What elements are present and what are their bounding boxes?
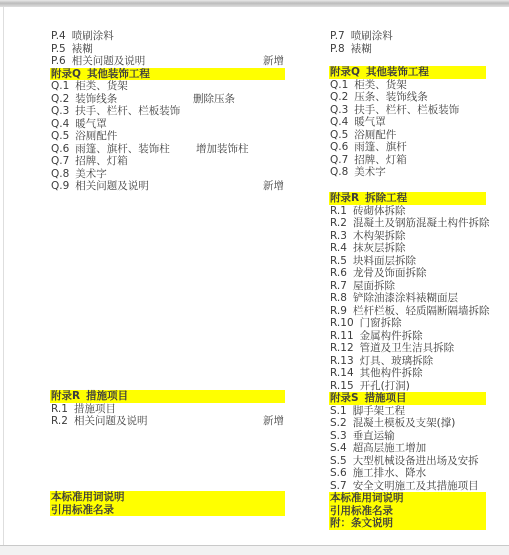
- toc-item-number: Q.6: [330, 141, 348, 153]
- viewer-top-edge: [0, 0, 509, 7]
- toc-section-header: 附录S措施项目: [329, 392, 486, 405]
- toc-row: R.2相关问题及说明新增: [50, 415, 285, 428]
- toc-item-number: R.12: [330, 342, 354, 354]
- toc-item-title: 措施项目: [365, 392, 407, 404]
- toc-item-title: 美术字: [354, 166, 386, 178]
- toc-item-number: R.2: [330, 217, 347, 229]
- toc-item-title: 垂直运输: [353, 430, 395, 442]
- toc-row: P.7喷刷涂料: [329, 30, 486, 43]
- toc-item-title: 混凝土模板及支架(撑): [353, 417, 456, 429]
- toc-section-header: 附录Q其他装饰工程: [50, 68, 285, 81]
- toc-item-title: 金属构件拆除: [360, 330, 423, 342]
- toc-item-number: Q.9: [51, 180, 69, 192]
- toc-item-number: Q.3: [51, 105, 69, 117]
- toc-row: R.5块料面层拆除: [329, 255, 486, 268]
- toc-item-number: P.4: [51, 30, 66, 42]
- revision-annotation: 删除压条: [193, 93, 235, 106]
- toc-item-number: S.2: [330, 417, 347, 429]
- toc-row: Q.6雨篷、旗杆: [329, 141, 486, 154]
- toc-row: Q.4暖气罩: [50, 118, 285, 131]
- toc-item-title: 喷刷涂料: [72, 30, 114, 42]
- document-viewer: P.4喷刷涂料P.5裱糊P.6相关问题及说明新增附录Q其他装饰工程Q.1柜类、货…: [0, 0, 509, 555]
- toc-row: R.6龙骨及饰面拆除: [329, 267, 486, 280]
- toc-item-title: 暖气罩: [75, 118, 107, 130]
- toc-item-title: 措施项目: [86, 390, 128, 402]
- toc-item-number: R.3: [330, 230, 347, 242]
- toc-row: Q.3扶手、栏杆、栏板装饰: [329, 104, 486, 117]
- toc-row: S.5大型机械设备进出场及安拆: [329, 455, 486, 468]
- toc-item-title: 屋面拆除: [353, 280, 395, 292]
- toc-item-title: 扶手、栏杆、栏板装饰: [75, 105, 180, 117]
- toc-section-header: 附录Q其他装饰工程: [329, 66, 486, 79]
- toc-row: R.2混凝土及钢筋混凝土构件拆除: [329, 217, 486, 230]
- revision-annotation: 新增: [263, 55, 284, 68]
- toc-row: S.2混凝土模板及支架(撑): [329, 417, 486, 430]
- toc-row: R.3木构架拆除: [329, 230, 486, 243]
- toc-item-title: 柜类、货架: [354, 79, 407, 91]
- toc-item-title: 木构架拆除: [353, 230, 406, 242]
- toc-item-title: 措施项目: [74, 403, 116, 415]
- toc-row: Q.9相关问题及说明新增: [50, 180, 285, 193]
- toc-item-title: 引用标准名录: [51, 504, 114, 516]
- toc-item-number: Q.2: [330, 91, 348, 103]
- toc-section-header: 引用标准名录: [50, 504, 285, 517]
- toc-row: R.1措施项目: [50, 403, 285, 416]
- toc-row: Q.1柜类、货架: [329, 79, 486, 92]
- toc-item-number: 附录S: [330, 392, 359, 404]
- toc-item-number: R.13: [330, 355, 354, 367]
- toc-item-title: 灯具、玻璃拆除: [360, 355, 434, 367]
- toc-item-title: 招牌、灯箱: [75, 155, 128, 167]
- revision-annotation: 增加装饰柱: [196, 143, 249, 156]
- toc-row: Q.8美术字: [50, 168, 285, 181]
- toc-item-title: 雨篷、旗杆、装饰柱: [75, 143, 170, 155]
- toc-item-title: 其他构件拆除: [360, 367, 423, 379]
- toc-item-number: R.1: [330, 205, 347, 217]
- toc-item-title: 相关问题及说明: [75, 180, 149, 192]
- toc-item-number: 附录Q: [330, 66, 360, 78]
- toc-item-title: 引用标准名录: [330, 505, 393, 517]
- toc-item-title: 安全文明施工及其措施项目: [353, 480, 479, 492]
- toc-item-number: P.7: [330, 30, 345, 42]
- toc-item-number: P.8: [330, 43, 345, 55]
- toc-row: R.9栏杆栏板、轻质隔断隔墙拆除: [329, 305, 486, 318]
- toc-item-number: R.10: [330, 317, 354, 329]
- toc-item-title: 脚手架工程: [353, 405, 406, 417]
- toc-row: R.11金属构件拆除: [329, 330, 486, 343]
- toc-row: Q.7招牌、灯箱: [329, 154, 486, 167]
- toc-item-title: 浴厕配件: [354, 129, 396, 141]
- toc-section-header: 本标准用词说明: [329, 492, 486, 505]
- toc-item-title: 其他装饰工程: [366, 66, 429, 78]
- toc-block-right-appendix-rs: 附录R拆除工程R.1砖砌体拆除R.2混凝土及钢筋混凝土构件拆除R.3木构架拆除R…: [329, 192, 486, 530]
- toc-item-title: 压条、装饰线条: [354, 91, 428, 103]
- toc-block-right-p-items: P.7喷刷涂料P.8裱糊: [329, 30, 486, 55]
- toc-item-title: 其他装饰工程: [87, 68, 150, 80]
- toc-item-title: 裱糊: [351, 43, 372, 55]
- toc-item-number: R.2: [51, 415, 68, 427]
- toc-item-number: R.1: [51, 403, 68, 415]
- toc-row: Q.5浴厕配件: [329, 129, 486, 142]
- toc-item-number: S.6: [330, 467, 347, 479]
- toc-row: P.5裱糊: [50, 43, 285, 56]
- toc-row: S.6施工排水、降水: [329, 467, 486, 480]
- toc-item-number: S.3: [330, 430, 347, 442]
- toc-row: R.13灯具、玻璃拆除: [329, 355, 486, 368]
- toc-item-number: R.14: [330, 367, 354, 379]
- toc-item-title: 暖气罩: [354, 116, 386, 128]
- toc-row: R.4抹灰层拆除: [329, 242, 486, 255]
- toc-item-number: R.8: [330, 292, 347, 304]
- toc-row: S.1脚手架工程: [329, 405, 486, 418]
- toc-item-title: 本标准用词说明: [51, 491, 125, 503]
- toc-item-number: R.4: [330, 242, 347, 254]
- toc-item-title: 柜类、货架: [75, 80, 128, 92]
- toc-section-header: 附录R拆除工程: [329, 192, 486, 205]
- toc-item-title: 开孔(打洞): [360, 380, 410, 392]
- toc-item-title: 喷刷涂料: [351, 30, 393, 42]
- toc-item-title: 块料面层拆除: [353, 255, 416, 267]
- toc-item-number: Q.1: [330, 79, 348, 91]
- toc-row: S.4超高层施工增加: [329, 442, 486, 455]
- toc-item-number: R.11: [330, 330, 354, 342]
- toc-row: R.1砖砌体拆除: [329, 205, 486, 218]
- toc-row: R.14其他构件拆除: [329, 367, 486, 380]
- toc-item-title: 门窗拆除: [360, 317, 402, 329]
- toc-item-number: Q.6: [51, 143, 69, 155]
- toc-item-number: P.6: [51, 55, 66, 67]
- revision-annotation: 新增: [263, 415, 284, 428]
- toc-item-title: 施工排水、降水: [353, 467, 427, 479]
- toc-block-left-footer: 本标准用词说明引用标准名录: [50, 491, 285, 516]
- toc-row: R.10门窗拆除: [329, 317, 486, 330]
- toc-item-title: 龙骨及饰面拆除: [353, 267, 427, 279]
- toc-item-number: Q.4: [51, 118, 69, 130]
- toc-row: Q.5浴厕配件: [50, 130, 285, 143]
- toc-row: Q.3扶手、栏杆、栏板装饰: [50, 105, 285, 118]
- toc-item-number: P.5: [51, 43, 66, 55]
- toc-item-title: 招牌、灯箱: [354, 154, 407, 166]
- revision-annotation: 新增: [263, 180, 284, 193]
- toc-item-number: Q.7: [51, 155, 69, 167]
- toc-row: Q.6雨篷、旗杆、装饰柱增加装饰柱: [50, 143, 285, 156]
- toc-item-title: 本标准用词说明: [330, 492, 404, 504]
- toc-row: S.7安全文明施工及其措施项目: [329, 480, 486, 493]
- toc-item-number: Q.2: [51, 93, 69, 105]
- toc-item-title: 扶手、栏杆、栏板装饰: [354, 104, 459, 116]
- toc-item-title: 管道及卫生洁具拆除: [360, 342, 455, 354]
- toc-item-number: Q.5: [330, 129, 348, 141]
- toc-item-title: 栏杆栏板、轻质隔断隔墙拆除: [353, 305, 490, 317]
- toc-item-number: Q.4: [330, 116, 348, 128]
- toc-item-number: Q.8: [330, 166, 348, 178]
- toc-item-number: R.6: [330, 267, 347, 279]
- toc-row: R.8铲除油漆涂料裱糊面层: [329, 292, 486, 305]
- toc-row: R.15开孔(打洞): [329, 380, 486, 393]
- toc-item-title: 装饰线条: [75, 93, 117, 105]
- toc-section-header: 附录R措施项目: [50, 390, 285, 403]
- toc-block-left-appendix-q: P.4喷刷涂料P.5裱糊P.6相关问题及说明新增附录Q其他装饰工程Q.1柜类、货…: [50, 30, 285, 193]
- page-left-edge: [3, 7, 4, 545]
- toc-item-number: 附录R: [51, 390, 80, 402]
- toc-item-number: R.15: [330, 380, 354, 392]
- toc-row: R.7屋面拆除: [329, 280, 486, 293]
- toc-item-title: 大型机械设备进出场及安拆: [353, 455, 479, 467]
- toc-item-number: Q.3: [330, 104, 348, 116]
- toc-row: Q.1柜类、货架: [50, 80, 285, 93]
- toc-row: P.6相关问题及说明新增: [50, 55, 285, 68]
- toc-item-title: 混凝土及钢筋混凝土构件拆除: [353, 217, 490, 229]
- toc-row: P.4喷刷涂料: [50, 30, 285, 43]
- toc-section-header: 本标准用词说明: [50, 491, 285, 504]
- toc-item-number: R.7: [330, 280, 347, 292]
- toc-block-right-appendix-q: 附录Q其他装饰工程Q.1柜类、货架Q.2压条、装饰线条Q.3扶手、栏杆、栏板装饰…: [329, 66, 486, 179]
- page-bottom-edge: [0, 545, 509, 555]
- toc-item-number: S.7: [330, 480, 347, 492]
- toc-item-title: 雨篷、旗杆: [354, 141, 407, 153]
- toc-row: Q.2装饰线条删除压条: [50, 93, 285, 106]
- toc-item-number: Q.5: [51, 130, 69, 142]
- toc-item-number: Q.8: [51, 168, 69, 180]
- toc-row: P.8裱糊: [329, 43, 486, 56]
- toc-item-title: 裱糊: [72, 43, 93, 55]
- toc-item-title: 抹灰层拆除: [353, 242, 406, 254]
- toc-item-title: 砖砌体拆除: [353, 205, 406, 217]
- toc-item-title: 附：条文说明: [330, 517, 393, 529]
- toc-item-title: 相关问题及说明: [72, 55, 146, 67]
- toc-item-number: S.1: [330, 405, 347, 417]
- toc-item-title: 拆除工程: [365, 192, 407, 204]
- toc-section-header: 引用标准名录: [329, 505, 486, 518]
- toc-item-number: 附录Q: [51, 68, 81, 80]
- toc-item-number: S.5: [330, 455, 347, 467]
- toc-item-number: R.5: [330, 255, 347, 267]
- toc-item-title: 相关问题及说明: [74, 415, 148, 427]
- toc-block-left-appendix-r: 附录R措施项目R.1措施项目R.2相关问题及说明新增: [50, 390, 285, 428]
- toc-row: Q.8美术字: [329, 166, 486, 179]
- toc-item-number: 附录R: [330, 192, 359, 204]
- toc-item-title: 超高层施工增加: [353, 442, 427, 454]
- toc-item-title: 铲除油漆涂料裱糊面层: [353, 292, 458, 304]
- toc-section-header: 附：条文说明: [329, 517, 486, 530]
- toc-item-title: 浴厕配件: [75, 130, 117, 142]
- toc-item-number: Q.1: [51, 80, 69, 92]
- toc-row: Q.7招牌、灯箱: [50, 155, 285, 168]
- toc-row: S.3垂直运输: [329, 430, 486, 443]
- toc-item-title: 美术字: [75, 168, 107, 180]
- toc-item-number: R.9: [330, 305, 347, 317]
- toc-item-number: S.4: [330, 442, 347, 454]
- toc-row: Q.2压条、装饰线条: [329, 91, 486, 104]
- toc-row: R.12管道及卫生洁具拆除: [329, 342, 486, 355]
- toc-row: Q.4暖气罩: [329, 116, 486, 129]
- toc-item-number: Q.7: [330, 154, 348, 166]
